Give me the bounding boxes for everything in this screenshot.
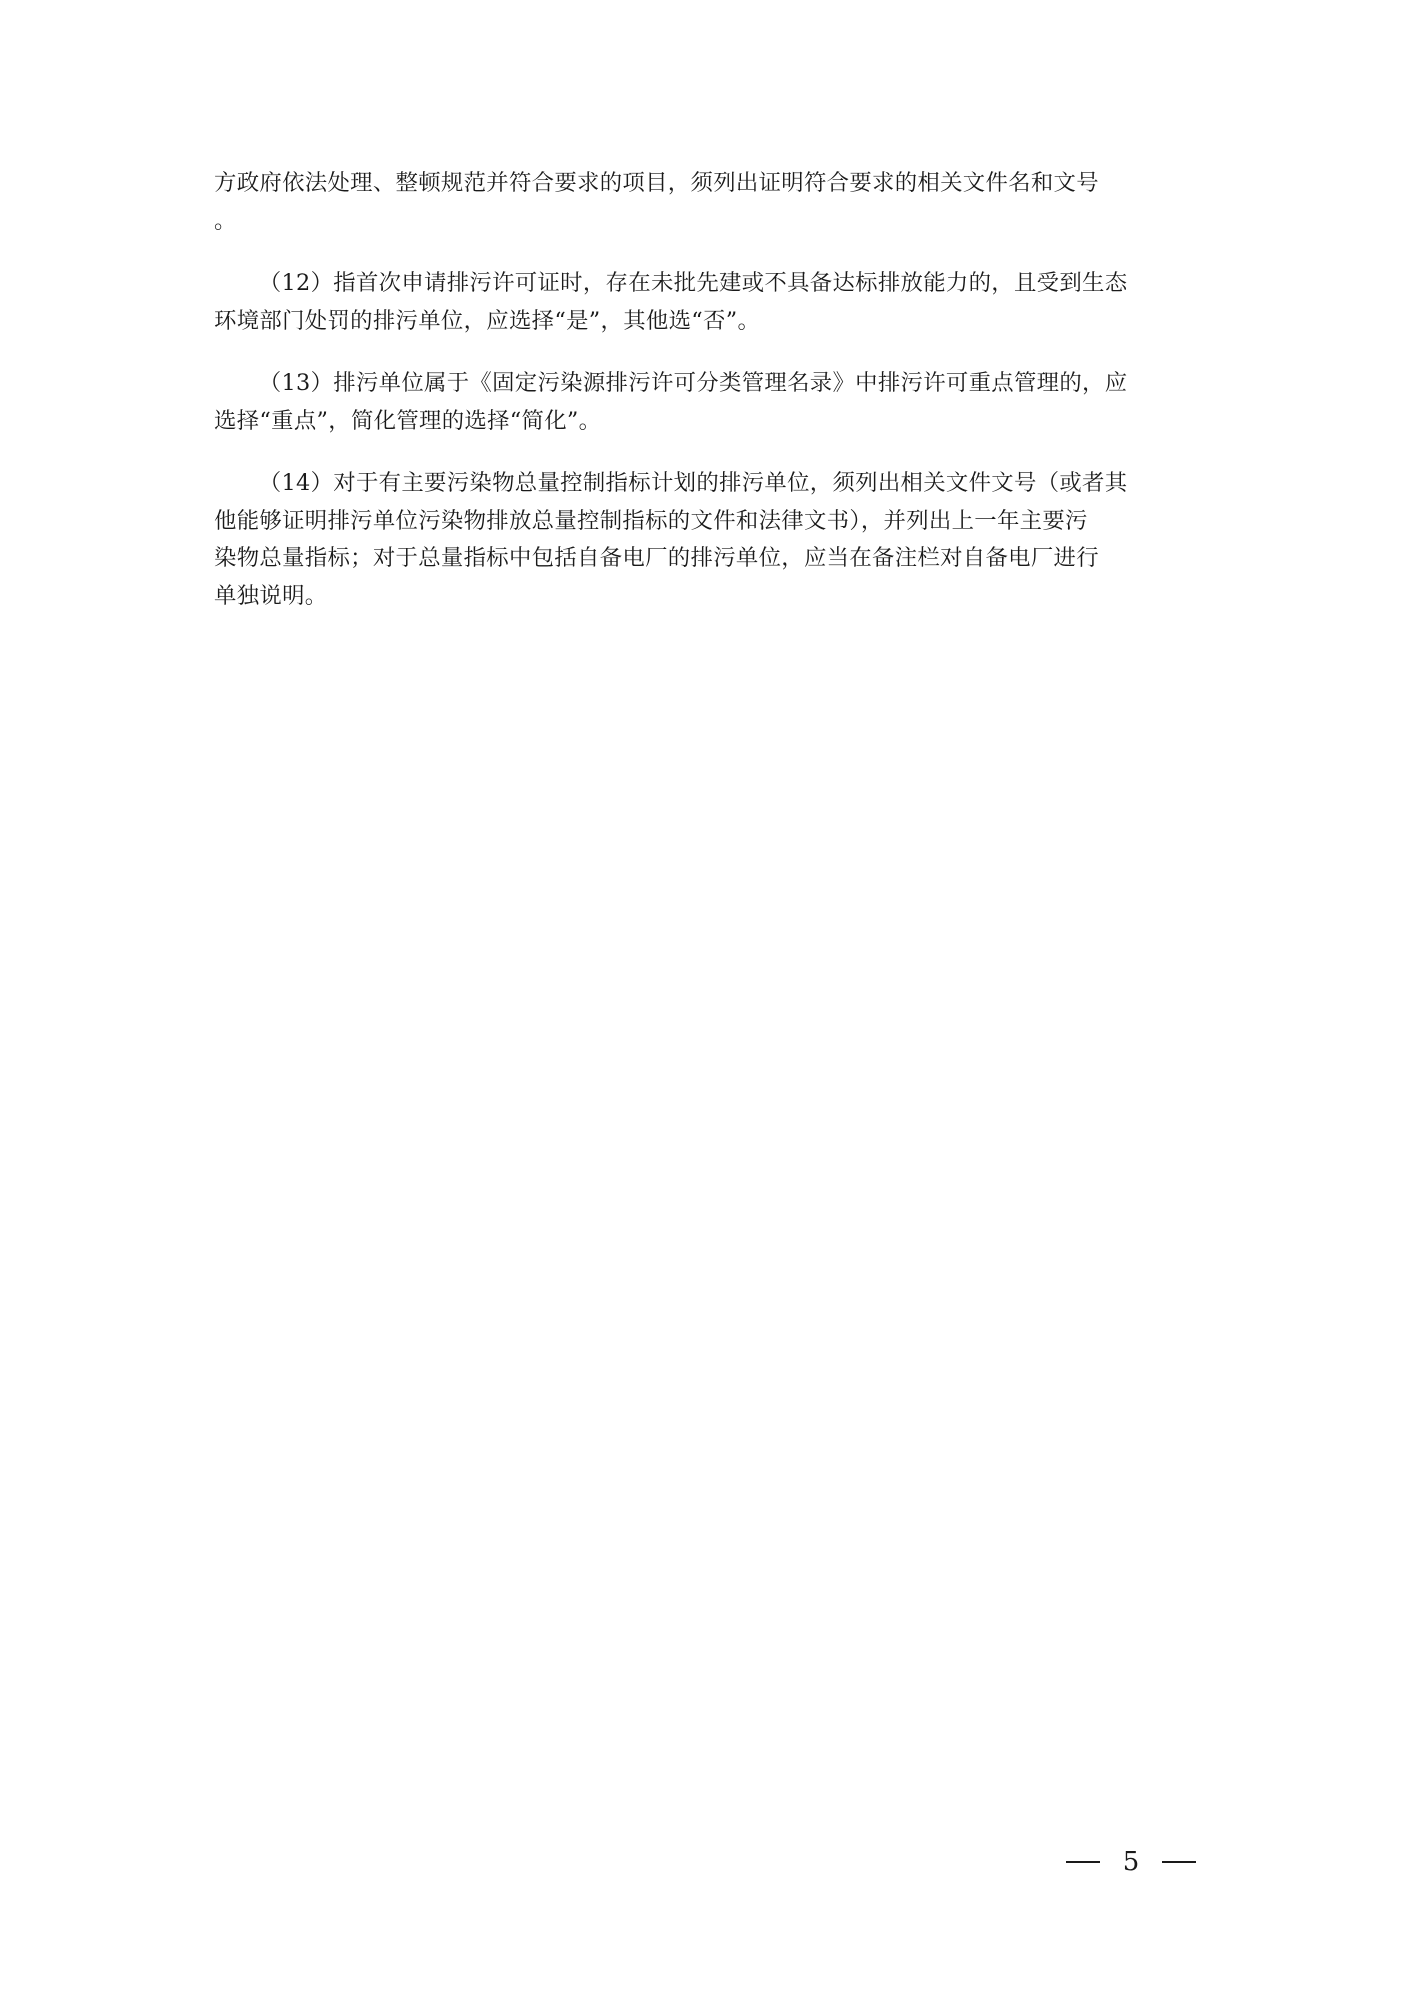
document-body: 方政府依法处理、整顿规范并符合要求的项目，须列出证明符合要求的相关文件名和文号 … xyxy=(214,165,1198,615)
paragraph-note-12: （12）指首次申请排污许可证时，存在未批先建或不具备达标排放能力的，且受到生态 … xyxy=(214,265,1198,340)
document-page: 方政府依法处理、整顿规范并符合要求的项目，须列出证明符合要求的相关文件名和文号 … xyxy=(0,0,1411,1995)
text-line: 方政府依法处理、整顿规范并符合要求的项目，须列出证明符合要求的相关文件名和文号 xyxy=(214,165,1198,203)
text-line: （13）排污单位属于《固定污染源排污许可分类管理名录》中排污许可重点管理的，应 xyxy=(214,365,1198,403)
text-line: 环境部门处罚的排污单位，应选择“是”，其他选“否”。 xyxy=(214,303,1198,341)
left-dash-icon xyxy=(1066,1861,1100,1863)
right-dash-icon xyxy=(1162,1861,1196,1863)
text-line: （12）指首次申请排污许可证时，存在未批先建或不具备达标排放能力的，且受到生态 xyxy=(214,265,1198,303)
page-number: 5 xyxy=(1100,1847,1162,1877)
text-line: （14）对于有主要污染物总量控制指标计划的排污单位，须列出相关文件文号（或者其 xyxy=(214,465,1198,503)
paragraph-note-13: （13）排污单位属于《固定污染源排污许可分类管理名录》中排污许可重点管理的，应 … xyxy=(214,365,1198,440)
paragraph-note-14: （14）对于有主要污染物总量控制指标计划的排污单位，须列出相关文件文号（或者其 … xyxy=(214,465,1198,615)
text-line: 染物总量指标；对于总量指标中包括自备电厂的排污单位，应当在备注栏对自备电厂进行 xyxy=(214,540,1198,578)
text-line: 。 xyxy=(214,203,1198,241)
paragraph-continuation: 方政府依法处理、整顿规范并符合要求的项目，须列出证明符合要求的相关文件名和文号 … xyxy=(214,165,1198,240)
page-number-footer: 5 xyxy=(1066,1842,1196,1882)
text-line: 单独说明。 xyxy=(214,578,1198,616)
text-line: 他能够证明排污单位污染物排放总量控制指标的文件和法律文书），并列出上一年主要污 xyxy=(214,503,1198,541)
text-line: 选择“重点”，简化管理的选择“简化”。 xyxy=(214,403,1198,441)
